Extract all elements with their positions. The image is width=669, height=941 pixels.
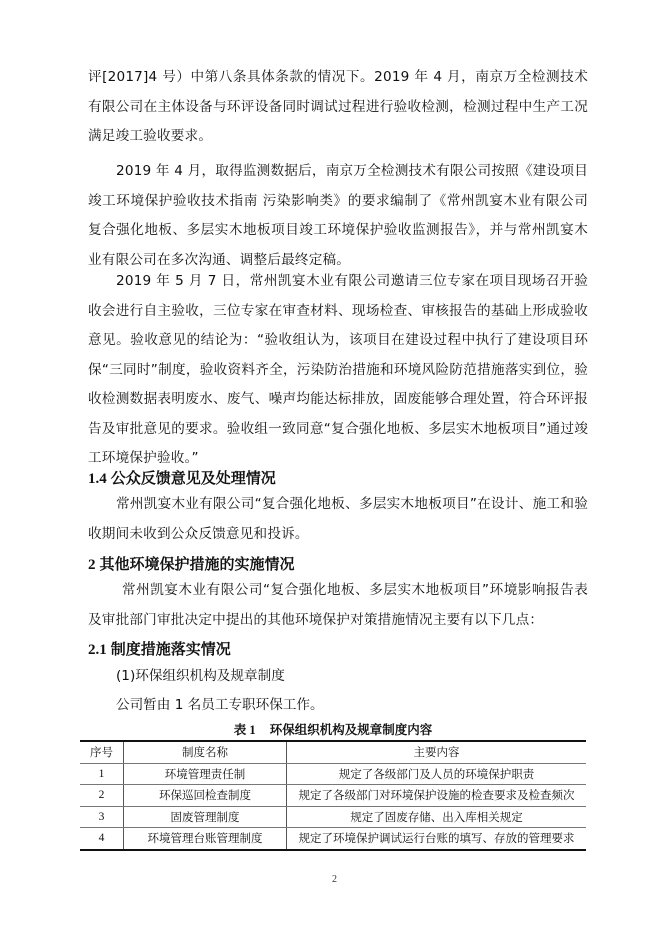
paragraph-other-measures: 常州凯宴木业有限公司“复合强化地板、多层实木地板项目”环境影响报告表及审批部门审… [88,576,588,635]
cell-number: 2 [80,785,124,807]
table-caption: 表 1环保组织机构及规章制度内容 [80,722,586,738]
document-page: 评[2017]4 号）中第八条具体条款的情况下。2019 年 4 月，南京万全检… [0,0,669,941]
table-row: 2 环保巡回检查制度 规定了各级部门对环境保护设施的检查要求及检查频次 [80,785,586,807]
cell-main-content: 规定了各级部门对环境保护设施的检查要求及检查频次 [287,785,587,807]
heading-number: 2.1 [88,642,107,658]
heading-number: 2 [88,557,96,573]
table-row: 1 环境管理责任制 规定了各级部门及人员的环境保护职责 [80,763,586,785]
cell-main-content: 规定了固废存储、出入库相关规定 [287,806,587,828]
heading-title: 公众反馈意见及处理情况 [111,469,276,487]
page-number: 2 [0,874,669,885]
heading-2: 2其他环境保护措施的实施情况 [88,553,295,576]
cell-regulation-name: 环保巡回检查制度 [124,785,287,807]
cell-main-content: 规定了各级部门及人员的环境保护职责 [287,763,587,785]
regulations-table: 序号 制度名称 主要内容 1 环境管理责任制 规定了各级部门及人员的环境保护职责… [80,740,586,851]
heading-2-1: 2.1制度措施落实情况 [88,638,231,661]
cell-number: 1 [80,763,124,785]
cell-regulation-name: 固废管理制度 [124,806,287,828]
paragraph-expert-review: 2019 年 5 月 7 日，常州凯宴木业有限公司邀请三位专家在项目现场召开验收… [88,267,588,474]
column-header-main-content: 主要内容 [287,741,587,763]
table-caption-title: 环保组织机构及规章制度内容 [270,722,433,737]
column-header-number: 序号 [80,741,124,763]
cell-main-content: 规定了环境保护调试运行台账的填写、存放的管理要求 [287,828,587,850]
heading-title: 其他环境保护措施的实施情况 [100,555,295,573]
cell-number: 4 [80,828,124,850]
heading-1-4: 1.4公众反馈意见及处理情况 [88,467,276,490]
heading-number: 1.4 [88,471,107,487]
cell-number: 3 [80,806,124,828]
paragraph-public-feedback: 常州凯宴木业有限公司“复合强化地板、多层实木地板项目”在设计、施工和验收期间未收… [88,490,588,549]
paragraph-monitoring-report: 2019 年 4 月，取得监测数据后，南京万全检测技术有限公司按照《建设项目竣工… [88,157,588,275]
heading-title: 制度措施落实情况 [111,640,231,658]
table-header-row: 序号 制度名称 主要内容 [80,741,586,763]
column-header-regulation-name: 制度名称 [124,741,287,763]
table-row: 4 环境管理台账管理制度 规定了环境保护调试运行台账的填写、存放的管理要求 [80,828,586,850]
list-item-env-organization: (1)环保组织机构及规章制度 [116,666,285,686]
paragraph-staffing: 公司暂由 1 名员工专职环保工作。 [116,695,324,715]
table-row: 3 固废管理制度 规定了固废存储、出入库相关规定 [80,806,586,828]
cell-regulation-name: 环境管理责任制 [124,763,287,785]
cell-regulation-name: 环境管理台账管理制度 [124,828,287,850]
paragraph-acceptance-monitoring: 评[2017]4 号）中第八条具体条款的情况下。2019 年 4 月，南京万全检… [88,63,588,152]
table-caption-number: 表 1 [234,723,256,737]
